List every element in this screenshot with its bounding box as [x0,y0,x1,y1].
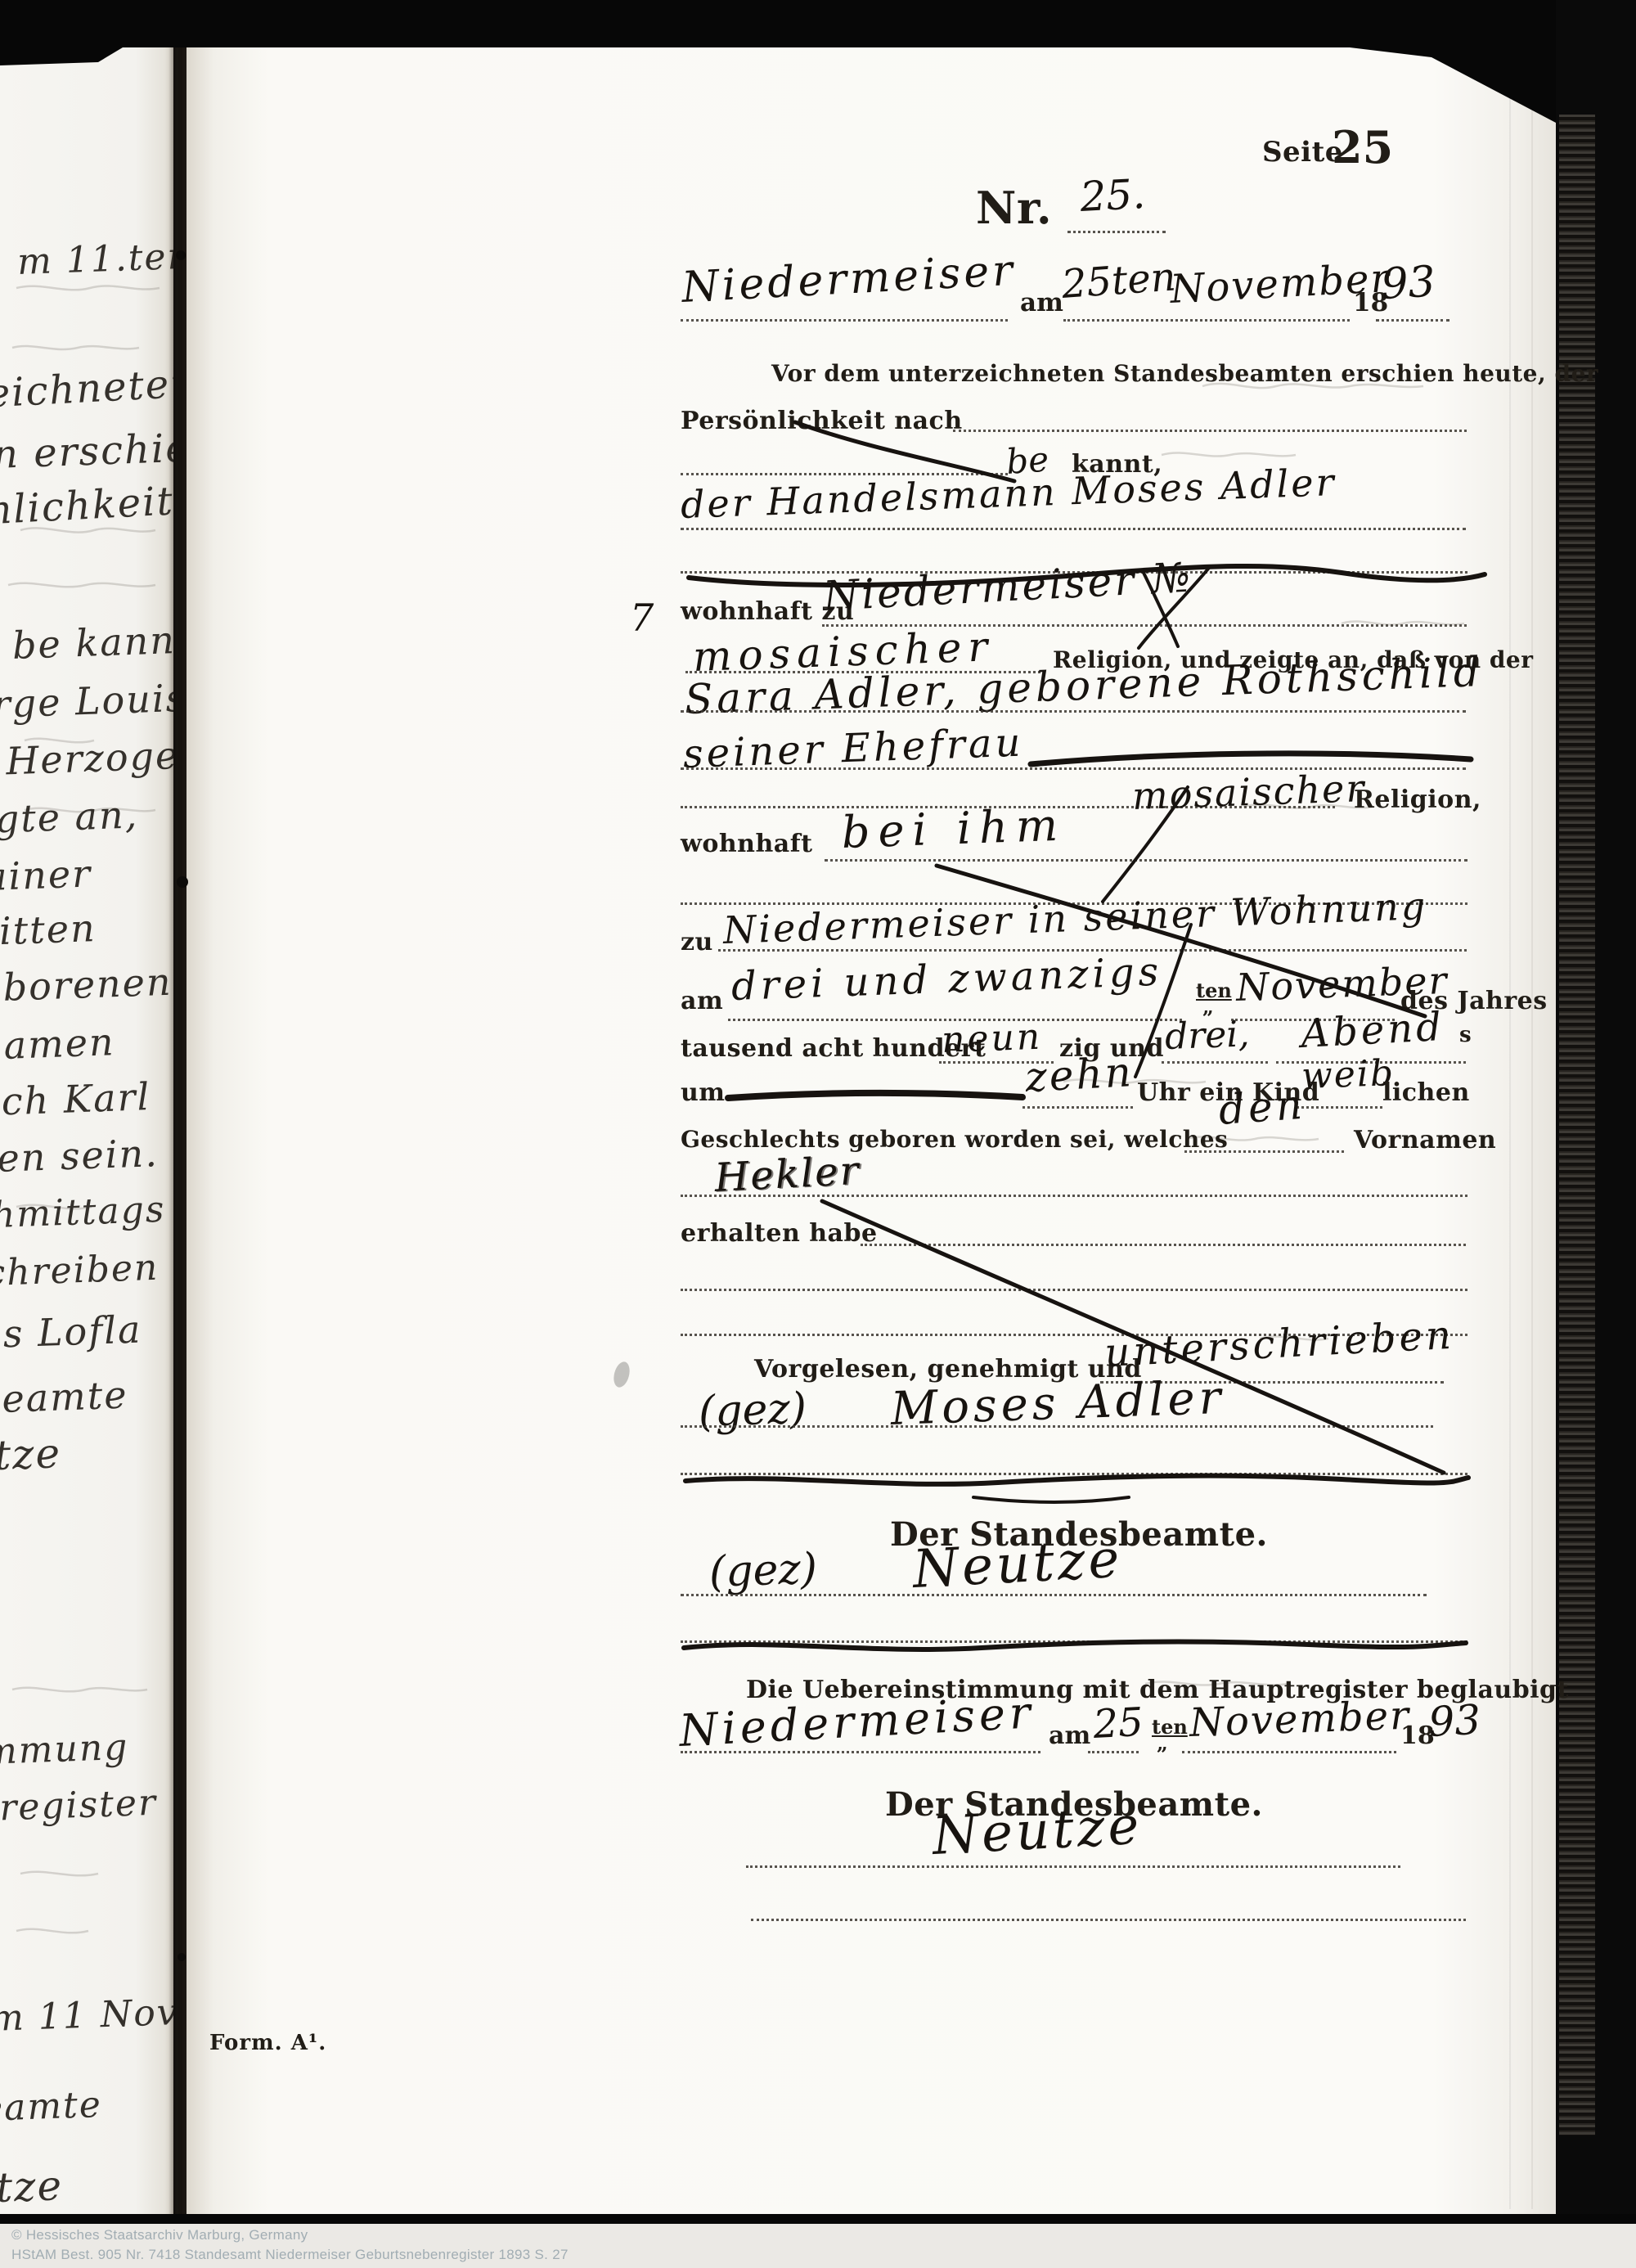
scanned-register-page: © Hessisches Staatsarchiv Marburg, Germa… [0,0,1636,2268]
ink-strokes-overlay [0,0,1636,2268]
